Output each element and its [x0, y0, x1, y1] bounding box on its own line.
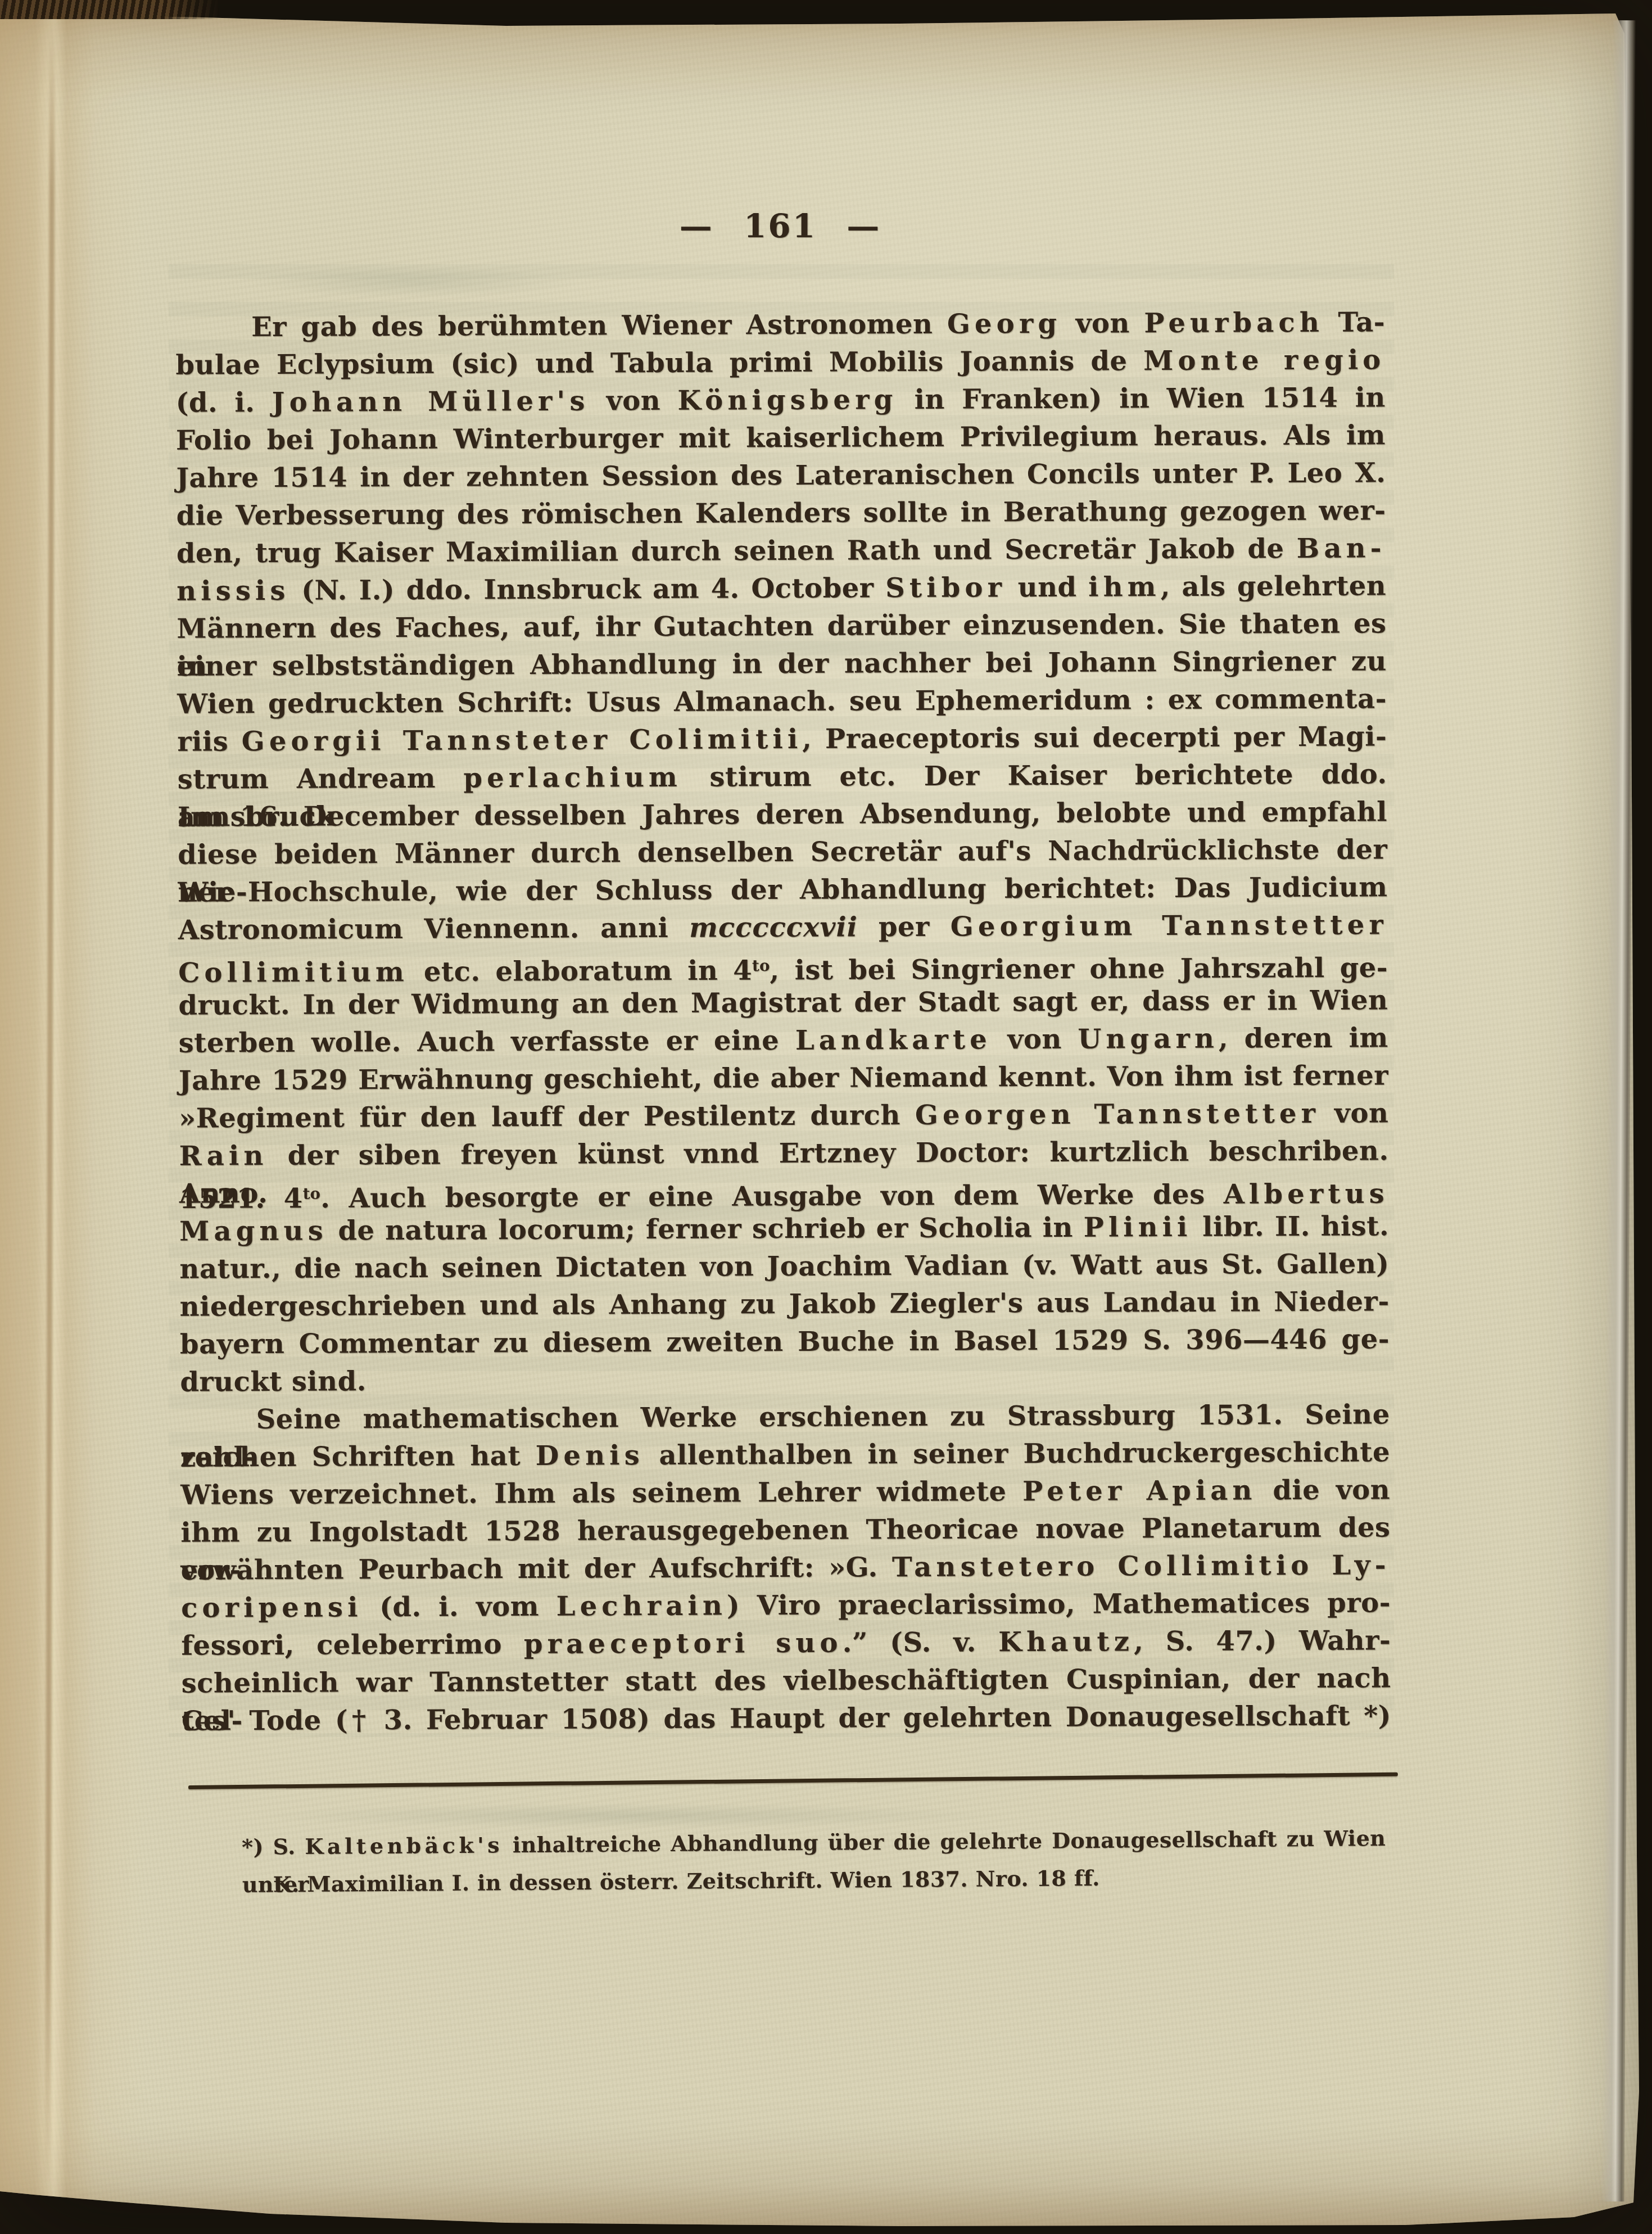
text-line: sterben wolle. Auch verfasste er eine La… [179, 1019, 1388, 1062]
text-segment: Ungarn [1078, 1023, 1219, 1055]
text-segment: Monte regio [1143, 344, 1386, 377]
text-line: druckt sind. [180, 1358, 1390, 1401]
page-number: — 161 — [175, 207, 1385, 245]
text-segment: etc. elaboratum in 4 [409, 955, 752, 988]
text-segment: Georg [947, 308, 1061, 340]
text-line: Er gab des berühmten Wiener Astronomen G… [175, 304, 1385, 346]
text-line: coripensi (d. i. vom Lechrain) Viro prae… [181, 1584, 1391, 1627]
text-segment: Stibor [885, 572, 1006, 604]
text-segment: Folio bei Johann Winterburger mit kaiser… [176, 419, 1386, 456]
text-segment: Georgen Tannstetter [915, 1098, 1320, 1131]
text-line: einer selbstständigen Abhandlung in der … [177, 643, 1387, 685]
text-segment: ihm [1088, 571, 1161, 603]
text-segment: Er gab des berühmten Wiener Astronomen [251, 309, 947, 343]
text-line: ihm zu Ingolstadt 1528 herausgegebenen T… [180, 1509, 1390, 1552]
text-segment: .” (S. v. [842, 1626, 998, 1658]
text-segment: die von [1256, 1474, 1390, 1506]
text-segment: nissis [176, 575, 290, 607]
text-segment: , ist bei Singriener ohne Jahrszahl ge- [770, 952, 1388, 987]
text-segment: reichen Schriften hat [180, 1440, 536, 1473]
text-block: Er gab des berühmten Wiener Astronomen G… [175, 304, 1391, 1740]
text-line: Collimitium etc. elaboratum in 4to, ist … [178, 944, 1388, 987]
text-segment: Lechrain [556, 1590, 727, 1622]
book-page-scan: — 161 — Er gab des berühmten Wiener Astr… [0, 0, 1652, 2234]
text-segment: erwähnten Peurbach mit der Aufschrift: »… [181, 1552, 892, 1586]
text-segment: bulae Eclypsium (sic) und Tabula primi M… [175, 345, 1143, 381]
text-segment: bayern Commentar zu diesem zweiten Buche… [180, 1323, 1390, 1360]
text-segment: to [752, 956, 770, 975]
text-segment: K. Maximilian I. in dessen österr. Zeits… [273, 1865, 1100, 1897]
text-segment: de natura locorum; ferner schrieb er Sch… [328, 1212, 1084, 1247]
text-segment: Albertus [1224, 1178, 1389, 1210]
text-segment: »Regiment für den lauff der Pestilentz d… [179, 1100, 915, 1134]
text-segment: Landkarte [795, 1024, 992, 1056]
text-segment: Tanstetero Collimitio Ly- [892, 1549, 1391, 1583]
text-line: Wien gedruckten Schrift: Usus Almanach. … [177, 680, 1387, 723]
text-segment: Königsberg [677, 384, 897, 417]
text-segment: einer selbstständigen Abhandlung in der … [177, 645, 1387, 682]
text-segment: to [303, 1184, 321, 1203]
text-line: druckt. In der Widmung an den Magistrat … [178, 982, 1388, 1024]
text-segment: (d. i. vom [362, 1591, 556, 1624]
text-segment: von [1320, 1097, 1388, 1129]
text-segment: tes' Tode († 3. Februar 1508) das Haupt … [182, 1700, 1391, 1736]
text-line: bulae Eclypsium (sic) und Tabula primi M… [175, 341, 1385, 384]
text-segment: ner Hochschule, wie der Schluss der Abha… [178, 871, 1387, 908]
text-segment: Denis [536, 1440, 644, 1472]
text-segment: fessori, celeberrimo [181, 1629, 524, 1662]
text-segment: von [1061, 307, 1144, 340]
text-segment: druckt. In der Widmung an den Magistrat … [178, 984, 1388, 1021]
text-line: fessori, celeberrimo praeceptori suo.” (… [181, 1622, 1391, 1665]
text-line: niedergeschrieben und als Anhang zu Jako… [180, 1283, 1390, 1326]
text-segment: strum Andream [178, 762, 464, 795]
text-segment: in Franken) in Wien 1514 in [897, 382, 1386, 415]
text-segment: *) S. [242, 1834, 305, 1860]
text-line: Seine mathematischen Werke erschienen zu… [180, 1396, 1390, 1439]
text-segment: Kaltenbäck's [305, 1832, 503, 1859]
text-segment: allenthalben in seiner Buchdruckergeschi… [644, 1436, 1390, 1471]
text-segment: Peter Apian [1022, 1475, 1257, 1507]
text-segment: praeceptori suo [524, 1627, 843, 1660]
text-segment: Rain [179, 1140, 268, 1172]
text-segment: perlachium [463, 762, 682, 794]
text-segment: von [992, 1024, 1078, 1056]
text-segment: druckt sind. [180, 1365, 366, 1398]
text-line: Magnus de natura locorum; ferner schrieb… [179, 1208, 1389, 1250]
text-segment: Ta- [1324, 306, 1385, 338]
text-segment: ) Viro praeclarissimo, Mathematices pro- [727, 1587, 1391, 1621]
text-line: diese beiden Männer durch denselben Secr… [178, 831, 1387, 874]
text-segment: den, trug Kaiser Maximilian durch seinen… [176, 533, 1297, 569]
text-segment: Khautz [998, 1626, 1134, 1658]
text-segment: coripensi [181, 1591, 363, 1624]
text-line: Männern des Faches, auf, ihr Gutachten d… [176, 605, 1386, 648]
text-segment: , deren im [1219, 1022, 1388, 1054]
text-segment: Astronomicum Viennenn. anni [178, 912, 690, 946]
text-segment: Wien gedruckten Schrift: Usus Almanach. … [177, 683, 1387, 720]
text-segment: Jahre 1529 Erwähnung geschieht, die aber… [179, 1060, 1388, 1096]
text-segment: Georgii Tannsteter Colimitii [242, 723, 803, 757]
text-line: Wiens verzeichnet. Ihm als seinem Lehrer… [180, 1471, 1390, 1514]
text-segment: , Praeceptoris sui decerpti per Magi- [802, 721, 1387, 755]
text-segment: riis [177, 726, 242, 757]
text-line: Folio bei Johann Winterburger mit kaiser… [176, 417, 1386, 459]
text-line: riis Georgii Tannsteter Colimitii, Praec… [177, 718, 1387, 761]
text-segment: 1521. 4 [179, 1183, 303, 1215]
text-segment: libr. II. hist. [1192, 1210, 1389, 1243]
text-segment: sterben wolle. Auch verfasste er eine [179, 1025, 795, 1059]
text-segment: Plinii [1083, 1211, 1192, 1243]
text-line: nissis (N. I.) ddo. Innsbruck am 4. Octo… [176, 567, 1386, 610]
text-segment: (d. i. [176, 387, 272, 419]
text-segment: Peurbach [1144, 307, 1324, 339]
text-segment: , S. 47.) Wahr- [1134, 1625, 1391, 1657]
text-line: 1521. 4to. Auch besorgte er eine Ausgabe… [179, 1170, 1389, 1213]
text-segment: Magnus [179, 1215, 328, 1247]
text-line: bayern Commentar zu diesem zweiten Buche… [180, 1320, 1390, 1363]
text-segment: Georgium Tannstetter [951, 909, 1388, 942]
text-segment: , als gelehrten [1160, 570, 1386, 603]
footnote-separator-rule [188, 1772, 1398, 1789]
text-line: Jahre 1514 in der zehnten Session des La… [176, 454, 1386, 497]
text-segment: am 16. December desselben Jahres deren A… [178, 796, 1387, 833]
text-segment: (N. I.) ddo. Innsbruck am 4. October [289, 572, 885, 607]
text-segment: Ban- [1297, 532, 1386, 564]
footnote-lines: *) S. Kaltenbäck's inhaltreiche Abhandlu… [242, 1819, 1386, 1903]
text-line: scheinlich war Tannstetter statt des vie… [182, 1659, 1391, 1702]
text-line: (d. i. Johann Müller's von Königsberg in… [176, 379, 1386, 422]
text-line: erwähnten Peurbach mit der Aufschrift: »… [181, 1546, 1391, 1589]
text-line: Jahre 1529 Erwähnung geschieht, die aber… [179, 1057, 1388, 1100]
text-segment: mcccccxvii [689, 911, 858, 943]
text-line: ner Hochschule, wie der Schluss der Abha… [178, 869, 1387, 911]
text-segment: Collimitium [178, 956, 409, 989]
text-line: tes' Tode († 3. Februar 1508) das Haupt … [182, 1697, 1391, 1740]
text-segment: niedergeschrieben und als Anhang zu Jako… [180, 1286, 1390, 1322]
text-segment: per [858, 911, 951, 943]
text-line: strum Andream perlachium stirum etc. Der… [178, 756, 1387, 798]
text-segment: Johann Müller's [272, 385, 590, 418]
text-segment: von [589, 385, 677, 417]
gutter-crease [45, 16, 55, 2191]
text-segment: die Verbesserung des römischen Kalenders… [176, 495, 1386, 531]
text-segment: Wiens verzeichnet. Ihm als seinem Lehrer… [180, 1476, 1022, 1511]
text-line: am 16. December desselben Jahres deren A… [178, 793, 1387, 836]
text-line: Astronomicum Viennenn. anni mcccccxvii p… [178, 906, 1388, 949]
text-segment: Jahre 1514 in der zehnten Session des La… [176, 457, 1386, 494]
text-segment: natur., die nach seinen Dictaten von Joa… [179, 1248, 1389, 1285]
text-line: natur., die nach seinen Dictaten von Joa… [179, 1245, 1389, 1288]
text-line: den, trug Kaiser Maximilian durch seinen… [176, 530, 1386, 572]
text-line: »Regiment für den lauff der Pestilentz d… [179, 1095, 1388, 1137]
text-line: Rain der siben freyen künst vnnd Ertzney… [179, 1132, 1388, 1175]
text-segment: und [1006, 572, 1088, 604]
book-edge-band [0, 0, 219, 19]
text-line: reichen Schriften hat Denis allenthalben… [180, 1433, 1390, 1476]
text-line: die Verbesserung des römischen Kalenders… [176, 492, 1386, 535]
